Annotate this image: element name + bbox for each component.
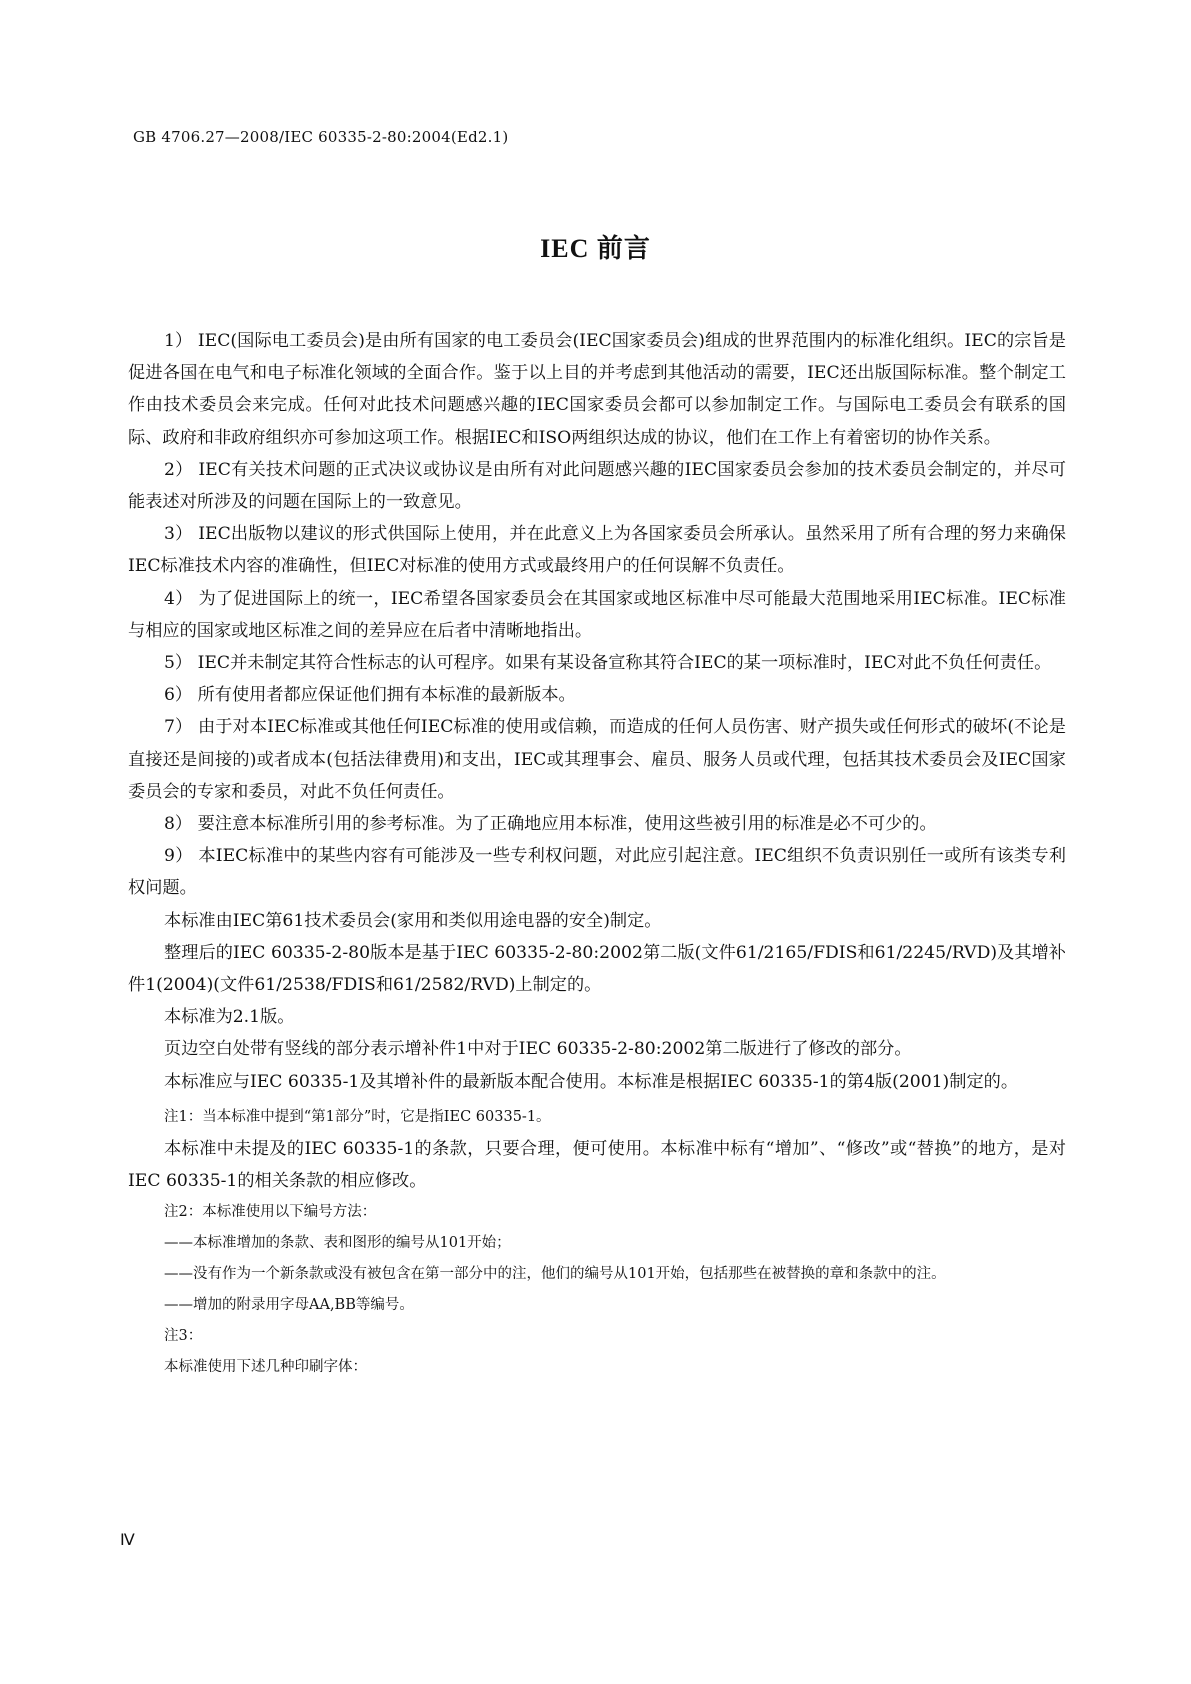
paragraph-3: 3） IEC出版物以建议的形式供国际上使用，并在此意义上为各国家委员会所承认。虽… bbox=[128, 518, 1066, 582]
note-1: 注1：当本标准中提到“第1部分”时，它是指IEC 60335-1。 bbox=[128, 1102, 1066, 1133]
paragraph-consolidated-version: 整理后的IEC 60335-2-80版本是基于IEC 60335-2-80:20… bbox=[128, 937, 1066, 1001]
paragraph-5: 5） IEC并未制定其符合性标志的认可程序。如果有某设备宣称其符合IEC的某一项… bbox=[128, 647, 1066, 679]
note-2-item: ——增加的附录用字母AA,BB等编号。 bbox=[164, 1290, 1066, 1321]
page-title: IEC 前言 bbox=[0, 228, 1191, 265]
paragraph-typefaces: 本标准使用下述几种印刷字体： bbox=[128, 1352, 1066, 1383]
paragraph-9: 9） 本IEC标准中的某些内容有可能涉及一些专利权问题，对此应引起注意。IEC组… bbox=[128, 840, 1066, 904]
paragraph-tc61: 本标准由IEC第61技术委员会(家用和类似用途电器的安全)制定。 bbox=[128, 905, 1066, 937]
note-2-label: 注2：本标准使用以下编号方法： bbox=[128, 1197, 1066, 1228]
note-2-item: ——本标准增加的条款、表和图形的编号从101开始； bbox=[164, 1228, 1066, 1259]
note-2-item: ——没有作为一个新条款或没有被包含在第一部分中的注，他们的编号从101开始，包括… bbox=[164, 1259, 1066, 1290]
page-number: Ⅳ bbox=[120, 1530, 135, 1550]
paragraph-8: 8） 要注意本标准所引用的参考标准。为了正确地应用本标准，使用这些被引用的标准是… bbox=[128, 808, 1066, 840]
note-3-label: 注3： bbox=[128, 1321, 1066, 1352]
paragraph-edition: 本标准为2.1版。 bbox=[128, 1001, 1066, 1033]
paragraph-7: 7） 由于对本IEC标准或其他任何IEC标准的使用或信赖，而造成的任何人员伤害、… bbox=[128, 711, 1066, 808]
document-body: 1） IEC(国际电工委员会)是由所有国家的电工委员会(IEC国家委员会)组成的… bbox=[128, 325, 1066, 1383]
paragraph-1: 1） IEC(国际电工委员会)是由所有国家的电工委员会(IEC国家委员会)组成的… bbox=[128, 325, 1066, 454]
paragraph-use-with-part1: 本标准应与IEC 60335-1及其增补件的最新版本配合使用。本标准是根据IEC… bbox=[128, 1066, 1066, 1098]
paragraph-margin-lines: 页边空白处带有竖线的部分表示增补件1中对于IEC 60335-2-80:2002… bbox=[128, 1033, 1066, 1065]
paragraph-2: 2） IEC有关技术问题的正式决议或协议是由所有对此问题感兴趣的IEC国家委员会… bbox=[128, 454, 1066, 518]
standard-number-header: GB 4706.27—2008/IEC 60335-2-80:2004(Ed2.… bbox=[133, 128, 508, 146]
paragraph-clauses: 本标准中未提及的IEC 60335-1的条款，只要合理，便可使用。本标准中标有“… bbox=[128, 1133, 1066, 1197]
paragraph-6: 6） 所有使用者都应保证他们拥有本标准的最新版本。 bbox=[128, 679, 1066, 711]
paragraph-4: 4） 为了促进国际上的统一，IEC希望各国家委员会在其国家或地区标准中尽可能最大… bbox=[128, 583, 1066, 647]
